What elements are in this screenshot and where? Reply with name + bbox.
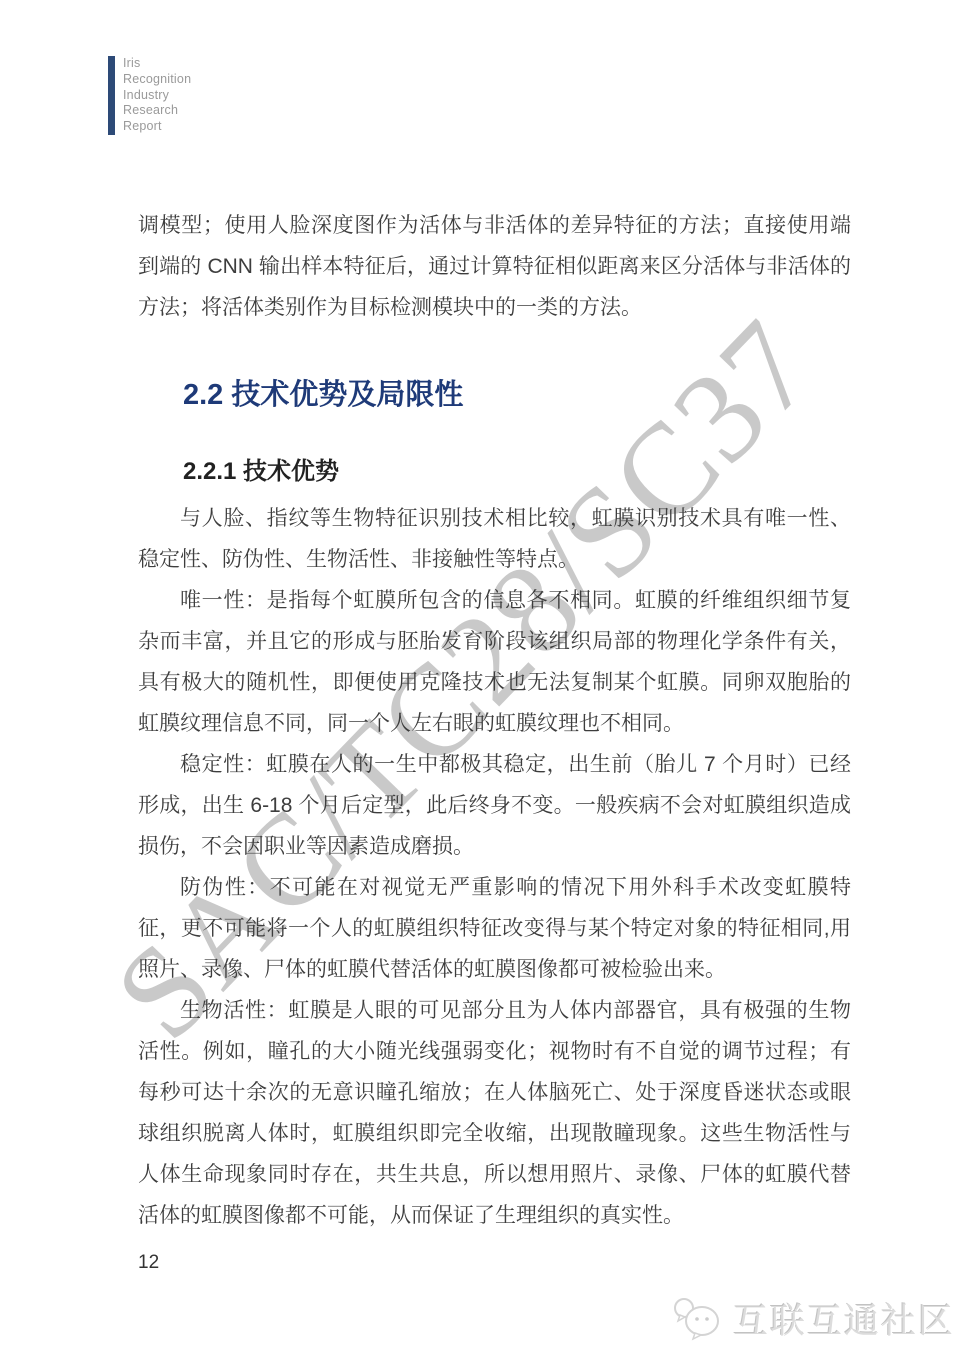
body-paragraph: 防伪性：不可能在对视觉无严重影响的情况下用外科手术改变虹膜特征，更不可能将一个人… <box>138 867 851 990</box>
report-logo: Iris Recognition Industry Research Repor… <box>108 56 191 135</box>
logo-line: Iris <box>123 56 191 72</box>
logo-line: Report <box>123 119 191 135</box>
logo-line: Recognition <box>123 72 191 88</box>
subsection-heading: 2.2.1 技术优势 <box>138 456 851 488</box>
section-heading: 2.2 技术优势及局限性 <box>138 376 851 414</box>
body-paragraph: 调模型；使用人脸深度图作为活体与非活体的差异特征的方法；直接使用端到端的 CNN… <box>138 205 851 328</box>
logo-accent-bar <box>108 56 115 135</box>
chat-bubbles-icon <box>671 1296 725 1342</box>
logo-line: Research <box>123 103 191 119</box>
body-paragraph: 生物活性：虹膜是人眼的可见部分且为人体内部器官，具有极强的生物活性。例如，瞳孔的… <box>138 990 851 1236</box>
community-logo-label: 互联互通社区 <box>733 1294 955 1344</box>
body-paragraph: 唯一性：是指每个虹膜所包含的信息各不相同。虹膜的纤维组织细节复杂而丰富，并且它的… <box>138 580 851 744</box>
community-logo: 互联互通社区 <box>671 1294 955 1344</box>
report-logo-text: Iris Recognition Industry Research Repor… <box>123 56 191 135</box>
page-number: 12 <box>138 1252 159 1274</box>
logo-line: Industry <box>123 88 191 104</box>
body-paragraph: 稳定性：虹膜在人的一生中都极其稳定，出生前（胎儿 7 个月时）已经形成，出生 6… <box>138 744 851 867</box>
body-paragraph: 与人脸、指纹等生物特征识别技术相比较，虹膜识别技术具有唯一性、稳定性、防伪性、生… <box>138 498 851 580</box>
document-page: Iris Recognition Industry Research Repor… <box>0 0 963 1360</box>
document-body: 调模型；使用人脸深度图作为活体与非活体的差异特征的方法；直接使用端到端的 CNN… <box>138 205 851 1236</box>
